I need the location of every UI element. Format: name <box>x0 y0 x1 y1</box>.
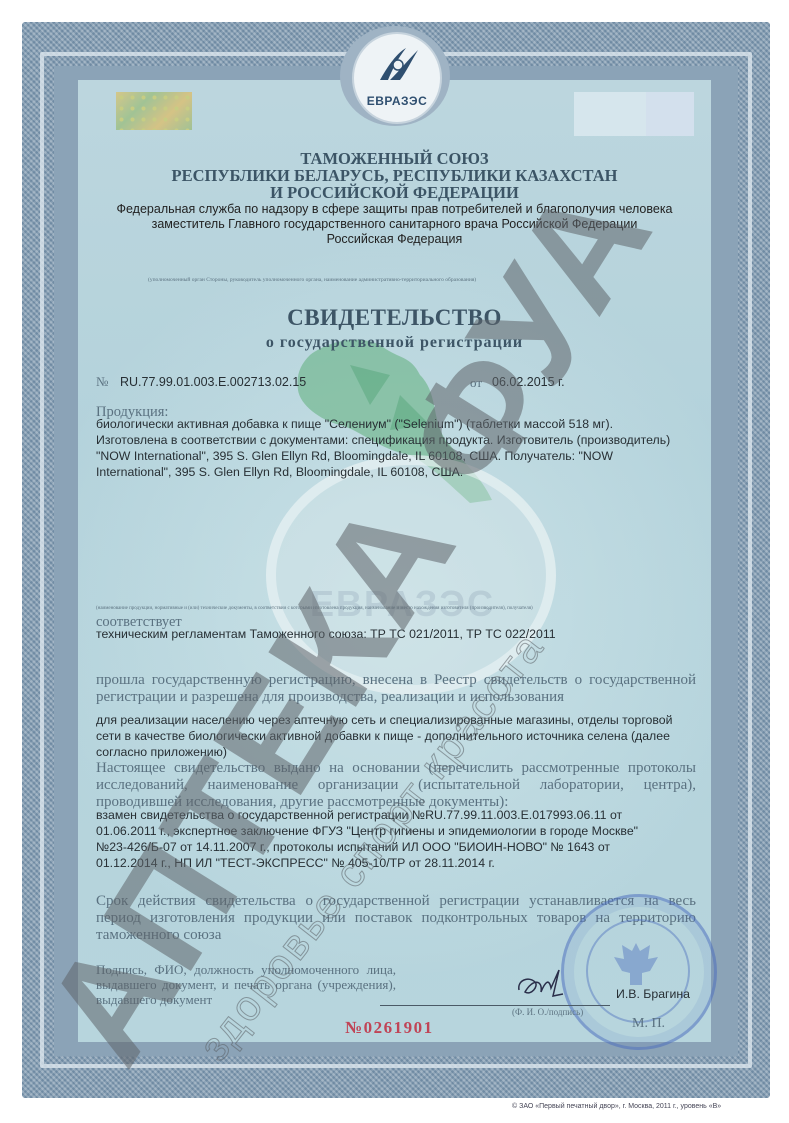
header-line-1: ТАМОЖЕННЫЙ СОЮЗ <box>0 150 789 167</box>
basis-line-4: 01.12.2014 г., НП ИЛ "ТЕСТ-ЭКСПРЕСС" № 4… <box>96 855 495 871</box>
official-seal-inner <box>586 919 690 1023</box>
authority-line-3: Российская Федерация <box>0 232 789 247</box>
evrazes-emblem: ЕВРАЗЭС <box>352 32 442 124</box>
registration-number: RU.77.99.01.003.Е.002713.02.15 <box>120 374 306 390</box>
registration-date: 06.02.2015 г. <box>492 374 565 390</box>
product-line-1: биологически активная добавка к пище "Се… <box>96 416 613 432</box>
header-line-3: И РОССИЙСКОЙ ФЕДЕРАЦИИ <box>0 184 789 201</box>
authority-line-1: Федеральная служба по надзору в сфере за… <box>0 202 789 217</box>
signatory-name: И.В. Брагина <box>616 986 690 1002</box>
usage-line-3: согласно приложению) <box>96 744 227 760</box>
number-label: № <box>96 374 108 390</box>
hologram-sticker <box>116 92 192 130</box>
date-label: от <box>470 375 482 391</box>
security-panel-2 <box>646 92 694 136</box>
basis-line-1: взамен свидетельства о государственной р… <box>96 807 622 823</box>
certificate-subtitle: о государственной регистрации <box>0 334 789 352</box>
product-line-3: "NOW International", 395 S. Glen Ellyn R… <box>96 448 613 464</box>
serial-number: №0261901 <box>345 1018 434 1038</box>
basis-line-3: №23-426/Б-07 от 14.11.2007 г., протоколы… <box>96 839 610 855</box>
header-line-2: РЕСПУБЛИКИ БЕЛАРУСЬ, РЕСПУБЛИКИ КАЗАХСТА… <box>0 167 789 184</box>
signature-caption: Подпись, ФИО, должность уполномоченного … <box>96 962 396 1007</box>
product-caption: (наименование продукции, нормативные и (… <box>96 606 533 611</box>
evrazes-emblem-icon <box>376 46 420 82</box>
authority-caption: (уполномоченный орган Стороны, руководит… <box>148 277 476 283</box>
usage-line-2: сети в качестве биологически активной до… <box>96 728 670 744</box>
product-line-2: Изготовлена в соответствии с документами… <box>96 432 670 448</box>
usage-line-1: для реализации населению через аптечную … <box>96 712 673 728</box>
registration-statement: прошла государственную регистрацию, внес… <box>96 672 696 706</box>
conformity-text: техническим регламентам Таможенного союз… <box>96 626 556 642</box>
signature-line <box>380 1005 610 1006</box>
seal-label: М. П. <box>632 1016 665 1032</box>
authority-line-2: заместитель Главного государственного са… <box>0 217 789 232</box>
signatory-caption: (Ф. И. О./подпись) <box>512 1007 583 1017</box>
product-line-4: International", 395 S. Glen Ellyn Rd, Bl… <box>96 464 463 480</box>
basis-line-2: 01.06.2011 г., экспертное заключение ФГУ… <box>96 823 638 839</box>
emblem-label: ЕВРАЗЭС <box>354 94 440 108</box>
basis-statement: Настоящее свидетельство выдано на основа… <box>96 760 696 811</box>
printer-footnote: © ЗАО «Первый печатный двор», г. Москва,… <box>512 1103 721 1110</box>
certificate-title: СВИДЕТЕЛЬСТВО <box>0 305 789 331</box>
